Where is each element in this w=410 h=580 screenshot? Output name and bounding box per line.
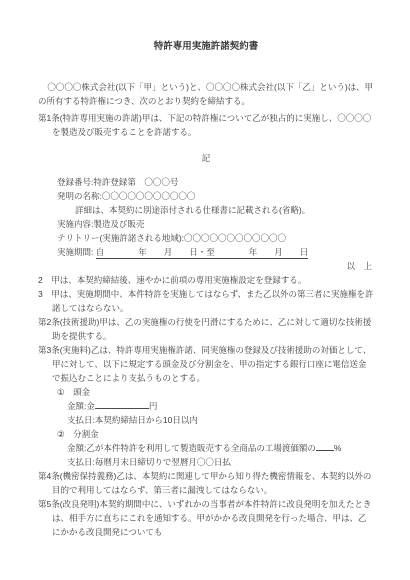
blank-percent-fill	[316, 441, 334, 451]
item-2-amount-suffix: %	[334, 443, 342, 453]
item-2-amount-prefix: 金額:乙が本件特許を利用して製造販売する全商品の工場渡価額の	[67, 443, 316, 453]
item-1-amount-label: 金額:金	[67, 401, 95, 411]
clause-2: 2 甲は、本契約締結後、速やかに前項の専用実施権設定を登録する。	[38, 273, 374, 287]
period-label: 実施期間:	[57, 247, 96, 257]
territory-line: テリトリー(実施許諾される地域):〇〇〇〇〇〇〇〇〇〇〇〇	[57, 231, 374, 245]
license-scope-line: 実施内容:製造及び販売	[57, 217, 374, 231]
license-period-line: 実施期間: 自 年 月 日・至 年 月 日	[57, 245, 374, 259]
article-2: 第2条(技術援助)甲は、乙の実施権の行使を円滑にするために、乙に対して適切な技術…	[38, 315, 374, 343]
article-4: 第4条(機密保持義務)乙は、本契約に関連して甲から知り得た機密情報を、本契約以外…	[38, 469, 374, 497]
item-1-payment-line: 支払日:本契約締結日から10日以内	[67, 413, 374, 427]
article-1: 第1条(特許専用実施の許諾)甲は、下記の特許権について乙が独占的に実施し、〇〇〇…	[38, 111, 374, 139]
preamble-paragraph: 〇〇〇〇株式会社(以下「甲」という)と、〇〇〇〇株式会社(以下「乙」という)は、…	[38, 80, 374, 108]
period-value-underlined: 自 年 月 日・至 年 月 日	[96, 247, 309, 259]
closing-ijou: 以 上	[38, 259, 374, 273]
blank-amount-fill	[95, 399, 149, 409]
article-3: 第3条(実施料)乙は、特許専用実施権許諾、同実施権の登録及び技術援助の対価として…	[38, 343, 374, 385]
item-2-amount-line: 金額:乙が本件特許を利用して製造販売する全商品の工場渡価額の%	[67, 441, 374, 455]
invention-name-line: 発明の名称:〇〇〇〇〇〇〇〇〇〇〇	[57, 189, 374, 203]
item-1-header: ① 頭金	[57, 385, 374, 399]
document-title: 特許専用実施許諾契約書	[38, 40, 374, 54]
patent-details-block: 登録番号:特許登録第 〇〇〇号 発明の名称:〇〇〇〇〇〇〇〇〇〇〇 詳細は、本契…	[57, 175, 374, 259]
item-1-amount-unit: 円	[149, 401, 158, 411]
ki-marker: 記	[38, 151, 374, 165]
article-5: 第5条(改良発明)本契約期間中に、いずれかの当事者が本件特許に改良発明を加えたと…	[38, 497, 374, 539]
item-1-amount-line: 金額:金円	[67, 399, 374, 413]
registration-number-line: 登録番号:特許登録第 〇〇〇号	[57, 175, 374, 189]
contract-document-page: 特許専用実施許諾契約書 〇〇〇〇株式会社(以下「甲」という)と、〇〇〇〇株式会社…	[0, 0, 410, 580]
item-2-header: ② 分割金	[57, 427, 374, 441]
item-2-payment-line: 支払日:毎暦月末日締切りで翌暦月〇〇日払	[67, 455, 374, 469]
invention-note-line: 詳細は、本契約に別途添付される仕様書に記載される(省略)。	[57, 203, 374, 217]
clause-3: 3 甲は、実施期間中、本件特許を実施してはならず、また乙以外の第三者に実施権を許…	[38, 287, 374, 315]
